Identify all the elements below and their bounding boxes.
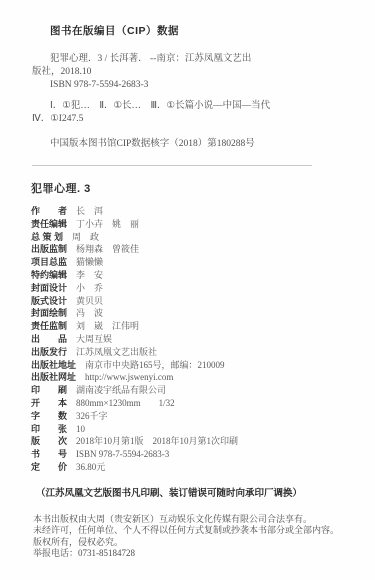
credit-label: 作 者 xyxy=(31,205,67,218)
cip-classification-line-2: Ⅳ．①I247.5 xyxy=(32,113,347,126)
credit-value: 南京市中央路165号，邮编：210009 xyxy=(85,359,225,372)
credit-row-editor: 责任编辑丁小卉 姚 丽 xyxy=(31,218,355,231)
credit-label: 总 策 划 xyxy=(31,231,63,244)
credit-row-author: 作 者长 洱 xyxy=(31,205,355,218)
cip-title-line-2: 版社，2018.10 xyxy=(32,66,347,79)
credit-value: 长 洱 xyxy=(76,205,103,218)
credit-label: 封面绘制 xyxy=(31,307,67,320)
colophon-section: 犯罪心理. 3 作 者长 洱 责任编辑丁小卉 姚 丽 总 策 划周 政 出版监制… xyxy=(0,166,375,474)
credit-value: 周 政 xyxy=(72,231,99,244)
credit-label: 印 张 xyxy=(31,423,67,436)
credit-label: 出版社地址 xyxy=(31,359,76,372)
cip-header: 图书在版编目（CIP）数据 xyxy=(32,25,347,38)
credit-label: 封面设计 xyxy=(31,282,67,295)
credit-value: 326千字 xyxy=(76,410,108,423)
credit-label: 版式设计 xyxy=(31,295,67,308)
credit-value: 36.80元 xyxy=(76,461,105,474)
credit-label: 出版社网址 xyxy=(31,371,76,384)
credit-row-production-supervisor: 责任监制刘 崴 江伟明 xyxy=(31,320,355,333)
legal-notice: 本书出版权由大周（贵安新区）互动娱乐文化传媒有限公司合法享有。 未经许可，任何单… xyxy=(33,514,375,560)
credits-list: 作 者长 洱 责任编辑丁小卉 姚 丽 总 策 划周 政 出版监制杨翔森 曾筱佳 … xyxy=(31,205,355,474)
book-title: 犯罪心理. 3 xyxy=(31,182,355,196)
credit-value: 李 安 xyxy=(76,269,103,282)
credit-value: 冯 波 xyxy=(76,307,103,320)
credit-label: 项目总监 xyxy=(31,256,67,269)
credit-row-book-number: 书 号ISBN 978-7-5594-2683-3 xyxy=(31,448,355,461)
credit-value: 丁小卉 姚 丽 xyxy=(76,218,139,231)
credit-row-printer: 印 刷湖南凌宇纸品有限公司 xyxy=(31,384,355,397)
credit-row-edition: 版 次2018年10月第1版 2018年10月第1次印刷 xyxy=(31,435,355,448)
copyright-page: 图书在版编目（CIP）数据 犯罪心理．3 / 长洱著． --南京：江苏凤凰文艺出… xyxy=(0,0,375,580)
credit-label: 书 号 xyxy=(31,448,67,461)
credit-label: 出 品 xyxy=(31,333,67,346)
credit-row-word-count: 字 数326千字 xyxy=(31,410,355,423)
credit-row-producer: 出 品大周互娱 xyxy=(31,333,355,346)
legal-line-no-copy: 未经许可，任何单位、个人不得以任何方式复制或抄袭本书部分或全部内容。 xyxy=(33,525,375,537)
credit-row-publisher-website: 出版社网址http://www.jswenyi.com xyxy=(31,371,355,384)
credit-label: 开 本 xyxy=(31,397,67,410)
credit-value: http://www.jswenyi.com xyxy=(85,371,173,384)
credit-value: 10 xyxy=(76,423,85,436)
credit-value: 大周互娱 xyxy=(76,333,112,346)
credit-label: 出版监制 xyxy=(31,243,67,256)
cip-section: 图书在版编目（CIP）数据 犯罪心理．3 / 长洱著． --南京：江苏凤凰文艺出… xyxy=(0,0,375,151)
credit-value: 2018年10月第1版 2018年10月第1次印刷 xyxy=(76,435,238,448)
credit-row-layout-design: 版式设计黄贝贝 xyxy=(31,295,355,308)
credit-value: 小 乔 xyxy=(76,282,103,295)
cip-body: 犯罪心理．3 / 长洱著． --南京：江苏凤凰文艺出 版社，2018.10 IS… xyxy=(32,53,347,151)
credit-row-contributing-editor: 特约编辑李 安 xyxy=(31,269,355,282)
cip-record-number: 中国版本图书馆CIP数据核字（2018）第180288号 xyxy=(32,138,347,151)
credit-label: 责任编辑 xyxy=(31,218,67,231)
legal-line-reserved: 版权所有，侵权必究。 xyxy=(33,537,375,549)
credit-value: 杨翔森 曾筱佳 xyxy=(76,243,139,256)
exchange-notice: （江苏凤凰文艺版图书凡印刷、装订错误可随时向承印厂调换） xyxy=(36,488,375,500)
cip-classification-line-1: Ⅰ．①犯… Ⅱ．①长… Ⅲ．①长篇小说—中国—当代 xyxy=(32,100,347,113)
credit-value: 猫懒懒 xyxy=(76,256,103,269)
credit-label: 印 刷 xyxy=(31,384,67,397)
credit-label: 版 次 xyxy=(31,435,67,448)
credit-row-project-director: 项目总监猫懒懒 xyxy=(31,256,355,269)
cip-isbn-line: ISBN 978-7-5594-2683-3 xyxy=(32,79,347,92)
credit-row-cover-design: 封面设计小 乔 xyxy=(31,282,355,295)
credit-value: 湖南凌宇纸品有限公司 xyxy=(76,384,166,397)
credit-label: 责任监制 xyxy=(31,320,67,333)
credit-row-price: 定 价36.80元 xyxy=(31,461,355,474)
credit-label: 定 价 xyxy=(31,461,67,474)
credit-row-format: 开 本880mm×1230mm 1/32 xyxy=(31,397,355,410)
credit-row-publishing-supervisor: 出版监制杨翔森 曾筱佳 xyxy=(31,243,355,256)
credit-row-chief-planner: 总 策 划周 政 xyxy=(31,231,355,244)
credit-value: ISBN 978-7-5594-2683-3 xyxy=(76,448,169,461)
legal-line-report-phone: 举报电话：0731-85184728 xyxy=(33,548,375,560)
credit-value: 江苏凤凰文艺出版社 xyxy=(76,346,157,359)
credit-label: 特约编辑 xyxy=(31,269,67,282)
credit-row-publisher-address: 出版社地址南京市中央路165号，邮编：210009 xyxy=(31,359,355,372)
credit-label: 出版发行 xyxy=(31,346,67,359)
credit-row-publisher: 出版发行江苏凤凰文艺出版社 xyxy=(31,346,355,359)
credit-label: 字 数 xyxy=(31,410,67,423)
cip-title-line-1: 犯罪心理．3 / 长洱著． --南京：江苏凤凰文艺出 xyxy=(32,53,347,66)
credit-row-sheets: 印 张10 xyxy=(31,423,355,436)
legal-line-rights: 本书出版权由大周（贵安新区）互动娱乐文化传媒有限公司合法享有。 xyxy=(33,514,375,526)
credit-value: 880mm×1230mm 1/32 xyxy=(76,397,175,410)
credit-value: 刘 崴 江伟明 xyxy=(76,320,139,333)
credit-value: 黄贝贝 xyxy=(76,295,103,308)
credit-row-cover-illustration: 封面绘制冯 波 xyxy=(31,307,355,320)
